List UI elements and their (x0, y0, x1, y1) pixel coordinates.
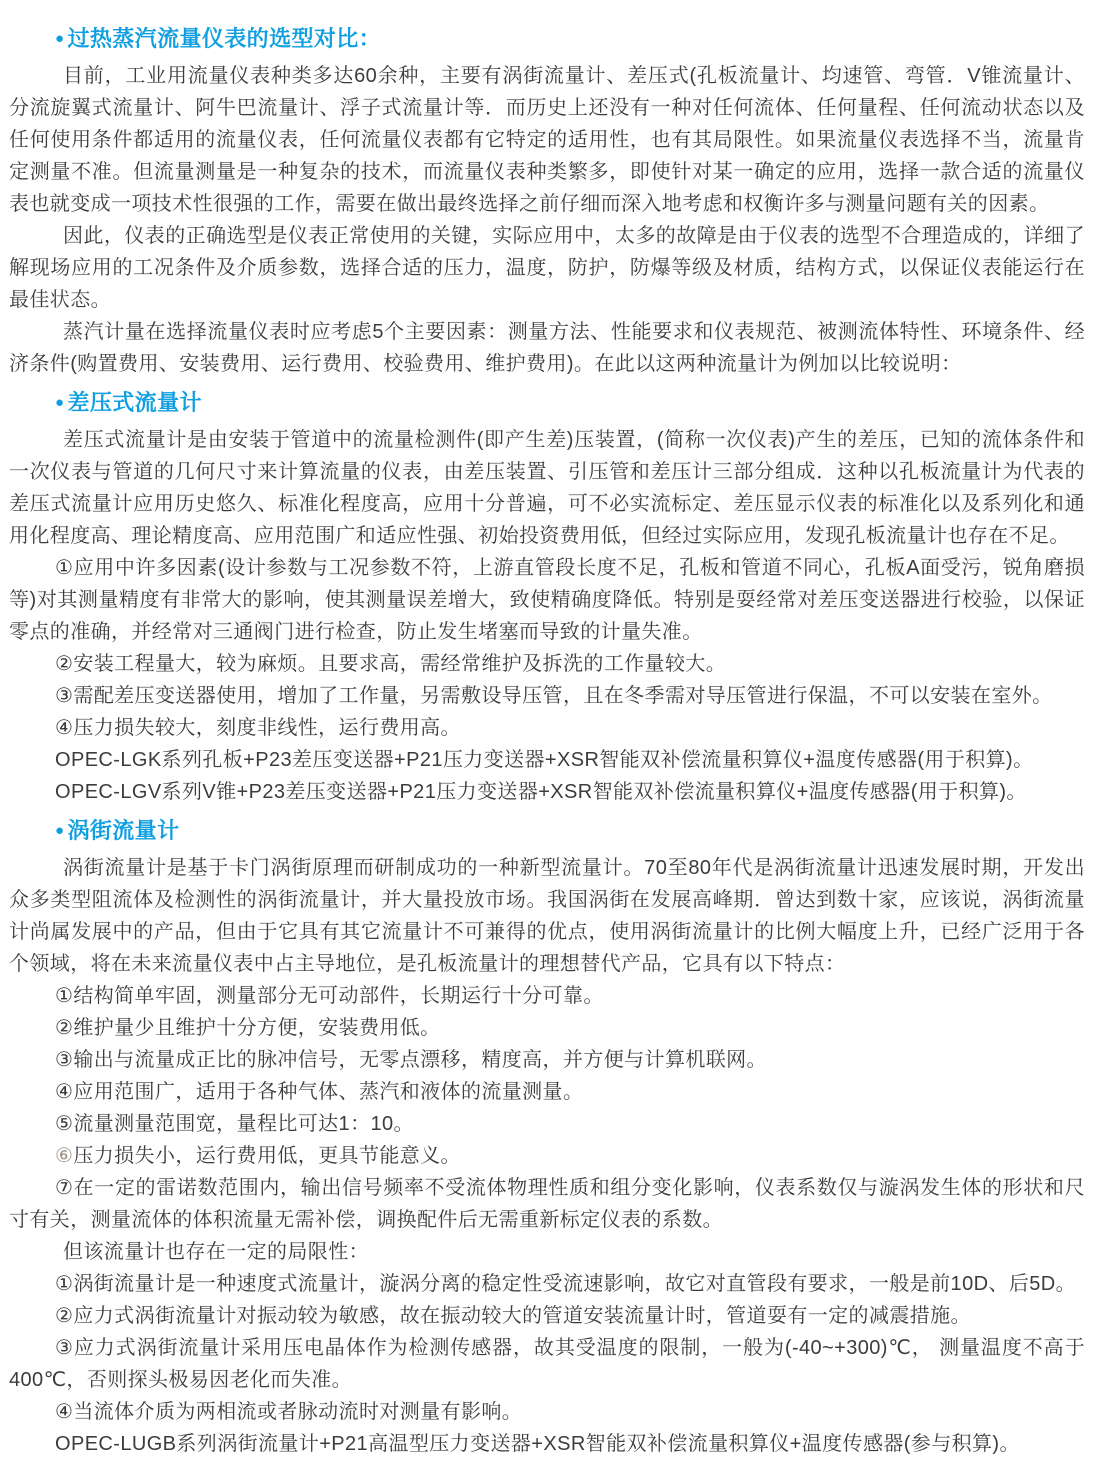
text-run: 需配差压变送器使用，增加了工作量，另需敷设导压管，且在冬季需对导压管进行保温，不… (73, 685, 1052, 707)
text-run: 应力式涡街流量计对振动较为敏感，故在振动较大的管道安装流量计时，管道耍有一定的减… (73, 1305, 971, 1327)
text-run: 应力式涡街流量计采用压电晶体作为检测传感器，故其受温度的限制，一般为(-40~+… (9, 1337, 1085, 1391)
item-number-marker: ③ (55, 1049, 73, 1071)
text-run: OPEC-LGV系列V锥+P23差压变送器+P21压力变送器+XSR智能双补偿流… (55, 781, 1027, 803)
paragraph: 蒸汽计量在选择流量仪表时应考虑5个主要因素：测量方法、性能要求和仪表规范、被测流… (9, 316, 1085, 380)
item-number-marker: ③ (55, 685, 73, 707)
text-run: OPEC-LGK系列孔板+P23差压变送器+P21压力变送器+XSR智能双补偿流… (55, 749, 1034, 771)
section-heading: ●差压式流量计 (9, 386, 1085, 419)
item-number-marker: ⑥ (55, 1145, 73, 1167)
list-item: ④压力损失较大，刻度非线性，运行费用高。 (9, 712, 1085, 744)
list-item: ⑥压力损失小，运行费用低，更具节能意义。 (9, 1140, 1085, 1172)
paragraph: OPEC-LGV系列V锥+P23差压变送器+P21压力变送器+XSR智能双补偿流… (9, 776, 1085, 808)
text-run: 流量测量范围宽，量程比可达1：10。 (73, 1113, 414, 1135)
paragraph: 目前，工业用流量仪表种类多达60余种，主要有涡街流量计、差压式(孔板流量计、均速… (9, 60, 1085, 220)
section-heading-text: 涡街流量计 (67, 818, 179, 843)
paragraph: 但该流量计也存在一定的局限性： (9, 1236, 1085, 1268)
list-item: ②应力式涡街流量计对振动较为敏感，故在振动较大的管道安装流量计时，管道耍有一定的… (9, 1300, 1085, 1332)
text-run: 压力损失较大，刻度非线性，运行费用高。 (73, 717, 461, 739)
list-item: ④应用范围广，适用于各种气体、蒸汽和液体的流量测量。 (9, 1076, 1085, 1108)
text-run: 结构简单牢固，测量部分无可动部件，长期运行十分可靠。 (73, 985, 603, 1007)
item-number-marker: ③ (55, 1337, 74, 1359)
text-run: 维护量少且维护十分方便，安装费用低。 (73, 1017, 440, 1039)
list-item: ③输出与流量成正比的脉冲信号，无零点漂移，精度高，并方便与计算机联网。 (9, 1044, 1085, 1076)
text-run: 应用范围广，适用于各种气体、蒸汽和液体的流量测量。 (73, 1081, 583, 1103)
list-item: ⑦在一定的雷诺数范围内，输出信号频率不受流体物理性质和组分变化影响，仪表系数仅与… (9, 1172, 1085, 1236)
section-heading: ●涡街流量计 (9, 814, 1085, 847)
text-run: OPEC-LUGB系列涡街流量计+P21高温型压力变送器+XSR智能双补偿流量积… (55, 1433, 1020, 1455)
item-number-marker: ① (55, 1273, 73, 1295)
item-number-marker: ① (55, 985, 73, 1007)
bullet-icon: ● (55, 394, 64, 411)
paragraph: 差压式流量计是由安装于管道中的流量检测件(即产生差)压装置，(简称一次仪表)产生… (9, 424, 1085, 552)
paragraph: 涡街流量计是基于卡门涡街原理而研制成功的一种新型流量计。70至80年代是涡街流量… (9, 852, 1085, 980)
paragraph: OPEC-LGK系列孔板+P23差压变送器+P21压力变送器+XSR智能双补偿流… (9, 744, 1085, 776)
bullet-icon: ● (55, 30, 64, 47)
text-run: 输出与流量成正比的脉冲信号，无零点漂移，精度高，并方便与计算机联网。 (73, 1049, 767, 1071)
item-number-marker: ② (55, 1305, 73, 1327)
list-item: ④当流体介质为两相流或者脉动流时对测量有影响。 (9, 1396, 1085, 1428)
text-run: 涡街流量计是一种速度式流量计，漩涡分离的稳定性受流速影响，故它对直管段有要求，一… (73, 1273, 1076, 1295)
list-item: ①应用中许多因素(设计参数与工况参数不符，上游直管段长度不足，孔板和管道不同心，… (9, 552, 1085, 648)
text-run: 目前，工业用流量仪表种类多达60余种，主要有涡街流量计、差压式(孔板流量计、均速… (9, 65, 1085, 215)
bullet-icon: ● (55, 822, 64, 839)
text-run: 安装工程量大，较为麻烦。且要求高，需经常维护及拆洗的工作量较大。 (73, 653, 726, 675)
list-item: ①结构简单牢固，测量部分无可动部件，长期运行十分可靠。 (9, 980, 1085, 1012)
text-run: 因此，仪表的正确选型是仪表正常使用的关键，实际应用中，太多的故障是由于仪表的选型… (9, 225, 1085, 311)
item-number-marker: ④ (55, 717, 73, 739)
item-number-marker: ② (55, 1017, 73, 1039)
list-item: ⑤流量测量范围宽，量程比可达1：10。 (9, 1108, 1085, 1140)
item-number-marker: ④ (55, 1401, 73, 1423)
section-heading-text: 差压式流量计 (67, 390, 201, 415)
section-heading: ●过热蒸汽流量仪表的选型对比： (9, 22, 1085, 55)
text-run: 压力损失小，运行费用低，更具节能意义。 (73, 1145, 461, 1167)
paragraph: 因此，仪表的正确选型是仪表正常使用的关键，实际应用中，太多的故障是由于仪表的选型… (9, 220, 1085, 316)
item-number-marker: ① (55, 557, 74, 579)
list-item: ①涡街流量计是一种速度式流量计，漩涡分离的稳定性受流速影响，故它对直管段有要求，… (9, 1268, 1085, 1300)
list-item: ②维护量少且维护十分方便，安装费用低。 (9, 1012, 1085, 1044)
list-item: ②安装工程量大，较为麻烦。且要求高，需经常维护及拆洗的工作量较大。 (9, 648, 1085, 680)
item-number-marker: ④ (55, 1081, 73, 1103)
document-body: ●过热蒸汽流量仪表的选型对比：目前，工业用流量仪表种类多达60余种，主要有涡街流… (0, 0, 1098, 1474)
text-run: 差压式流量计是由安装于管道中的流量检测件(即产生差)压装置，(简称一次仪表)产生… (9, 429, 1085, 547)
list-item: ③需配差压变送器使用，增加了工作量，另需敷设导压管，且在冬季需对导压管进行保温，… (9, 680, 1085, 712)
text-run: 应用中许多因素(设计参数与工况参数不符，上游直管段长度不足，孔板和管道不同心，孔… (9, 557, 1085, 643)
list-item: ③应力式涡街流量计采用压电晶体作为检测传感器，故其受温度的限制，一般为(-40~… (9, 1332, 1085, 1396)
section-heading-text: 过热蒸汽流量仪表的选型对比： (67, 26, 381, 51)
text-run: 在一定的雷诺数范围内，输出信号频率不受流体物理性质和组分变化影响，仪表系数仅与漩… (9, 1177, 1085, 1231)
text-run: 蒸汽计量在选择流量仪表时应考虑5个主要因素：测量方法、性能要求和仪表规范、被测流… (9, 321, 1085, 375)
text-run: 涡街流量计是基于卡门涡街原理而研制成功的一种新型流量计。70至80年代是涡街流量… (9, 857, 1085, 975)
text-run: 但该流量计也存在一定的局限性： (63, 1241, 369, 1263)
item-number-marker: ⑤ (55, 1113, 73, 1135)
item-number-marker: ② (55, 653, 73, 675)
item-number-marker: ⑦ (55, 1177, 74, 1199)
paragraph: OPEC-LUGB系列涡街流量计+P21高温型压力变送器+XSR智能双补偿流量积… (9, 1428, 1085, 1460)
text-run: 当流体介质为两相流或者脉动流时对测量有影响。 (73, 1401, 522, 1423)
